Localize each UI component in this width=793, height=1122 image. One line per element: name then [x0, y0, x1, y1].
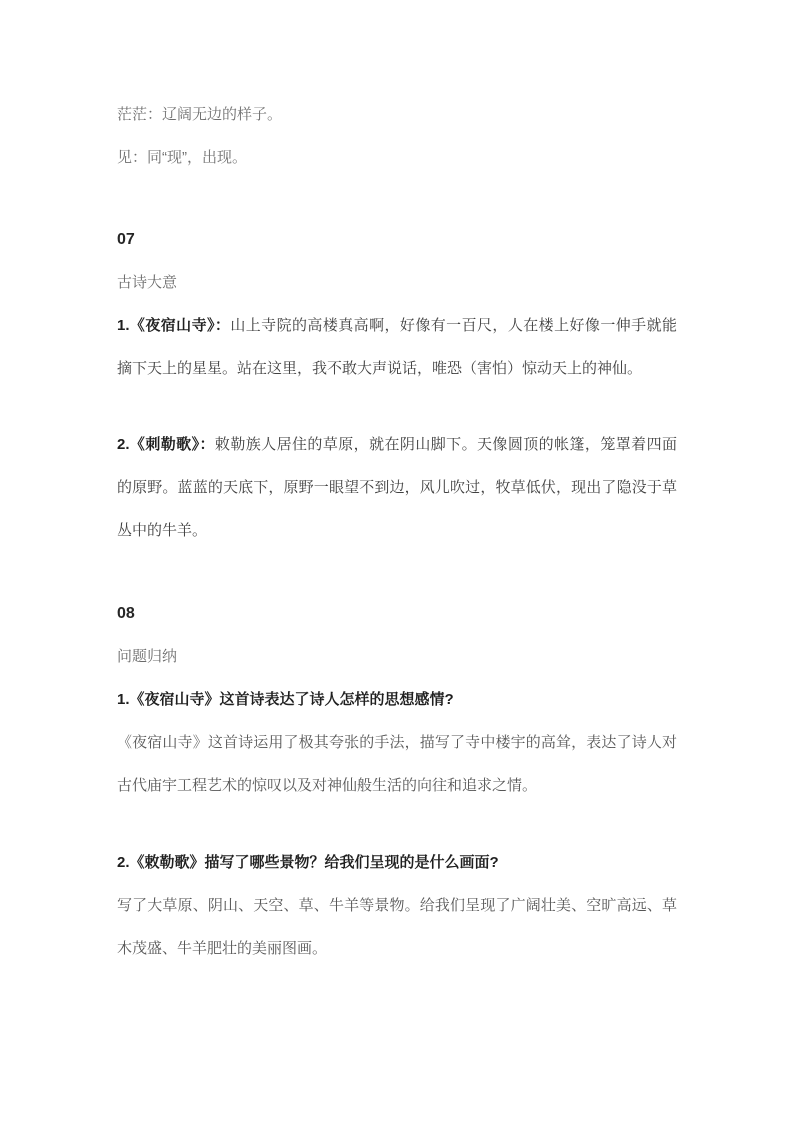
- question-2: 2.《敕勒歌》描写了哪些景物？给我们呈现的是什么画面?: [117, 841, 677, 884]
- definition-jian: 见：同“现”，出现。: [117, 136, 677, 179]
- poem-meaning-2: 2.《刺勒歌》：敕勒族人居住的草原，就在阴山脚下。天像圆顶的帐篷，笼罩着四面的原…: [117, 423, 677, 552]
- answer-2: 写了大草原、阴山、天空、草、牛羊等景物。给我们呈现了广阔壮美、空旷高远、草木茂盛…: [117, 884, 677, 970]
- definition-mangmang: 茫茫：辽阔无边的样子。: [117, 93, 677, 136]
- poem-meaning-1: 1.《夜宿山寺》：山上寺院的高楼真高啊，好像有一百尺，人在楼上好像一伸手就能摘下…: [117, 304, 677, 390]
- section-07-number: 07: [117, 218, 677, 261]
- section-08-number: 08: [117, 592, 677, 635]
- answer-1: 《夜宿山寺》这首诗运用了极其夸张的手法，描写了寺中楼宇的高耸，表达了诗人对古代庙…: [117, 721, 677, 807]
- poem-2-title-prefix: 2.《刺勒歌》：: [117, 436, 215, 453]
- poem-1-title-prefix: 1.《夜宿山寺》：: [117, 317, 230, 334]
- section-07-title: 古诗大意: [117, 261, 677, 304]
- question-1: 1.《夜宿山寺》这首诗表达了诗人怎样的思想感情?: [117, 678, 677, 721]
- section-08-title: 问题归纳: [117, 635, 677, 678]
- document-page: 茫茫：辽阔无边的样子。 见：同“现”，出现。 07 古诗大意 1.《夜宿山寺》：…: [0, 0, 793, 1122]
